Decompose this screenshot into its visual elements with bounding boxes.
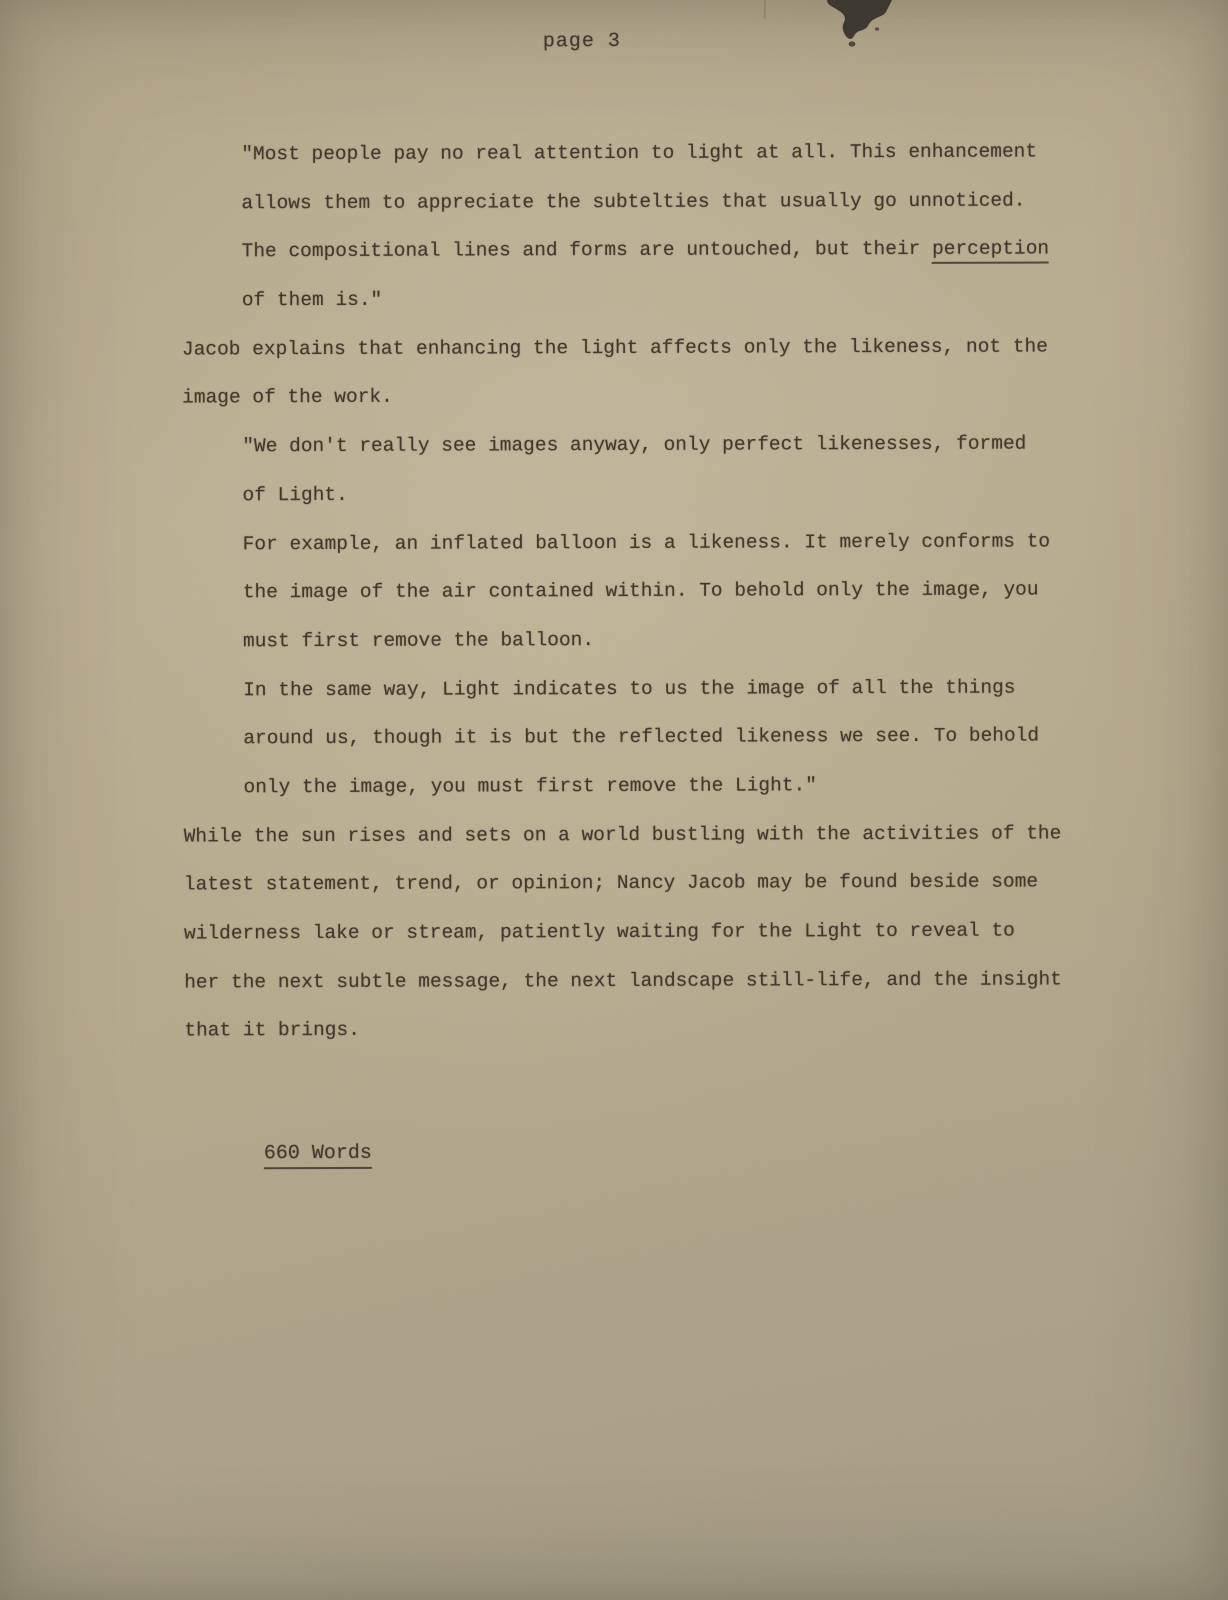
typed-content: page 3 "Most people pay no real attentio… <box>0 0 1228 1600</box>
typed-text: The compositional lines and forms are un… <box>242 238 932 262</box>
typewritten-page-photo: page 3 "Most people pay no real attentio… <box>0 0 1228 1600</box>
typed-line: her the next subtle message, the next la… <box>184 955 1144 1007</box>
typed-line: of them is." <box>182 273 1142 325</box>
page-number: page 3 <box>543 30 621 53</box>
typed-lines: "Most people pay no real attention to li… <box>181 127 1144 1055</box>
typed-line: around us, though it is but the reflecte… <box>183 711 1143 763</box>
typed-line: allows them to appreciate the subtelties… <box>181 176 1141 228</box>
word-count-label: 660 Words <box>264 1142 372 1169</box>
underlined-word: perception <box>932 238 1049 264</box>
typed-line: "We don't really see images anyway, only… <box>182 419 1142 471</box>
typed-line: that it brings. <box>184 1004 1144 1056</box>
typed-line: Jacob explains that enhancing the light … <box>182 322 1142 374</box>
word-count: 660 Words <box>192 1119 372 1189</box>
typed-line: The compositional lines and forms are un… <box>182 225 1142 277</box>
typed-line: While the sun rises and sets on a world … <box>184 809 1144 861</box>
typed-line: latest statement, trend, or opinion; Nan… <box>184 857 1144 909</box>
typed-line: of Light. <box>182 468 1142 520</box>
typed-line: "Most people pay no real attention to li… <box>181 127 1141 179</box>
typed-line: image of the work. <box>182 371 1142 423</box>
typed-line: For example, an inflated balloon is a li… <box>183 517 1143 569</box>
typed-line: wilderness lake or stream, patiently wai… <box>184 906 1144 958</box>
typed-line: the image of the air contained within. T… <box>183 565 1143 617</box>
typed-line: only the image, you must first remove th… <box>183 760 1143 812</box>
typed-line: must first remove the balloon. <box>183 614 1143 666</box>
typed-line: In the same way, Light indicates to us t… <box>183 663 1143 715</box>
